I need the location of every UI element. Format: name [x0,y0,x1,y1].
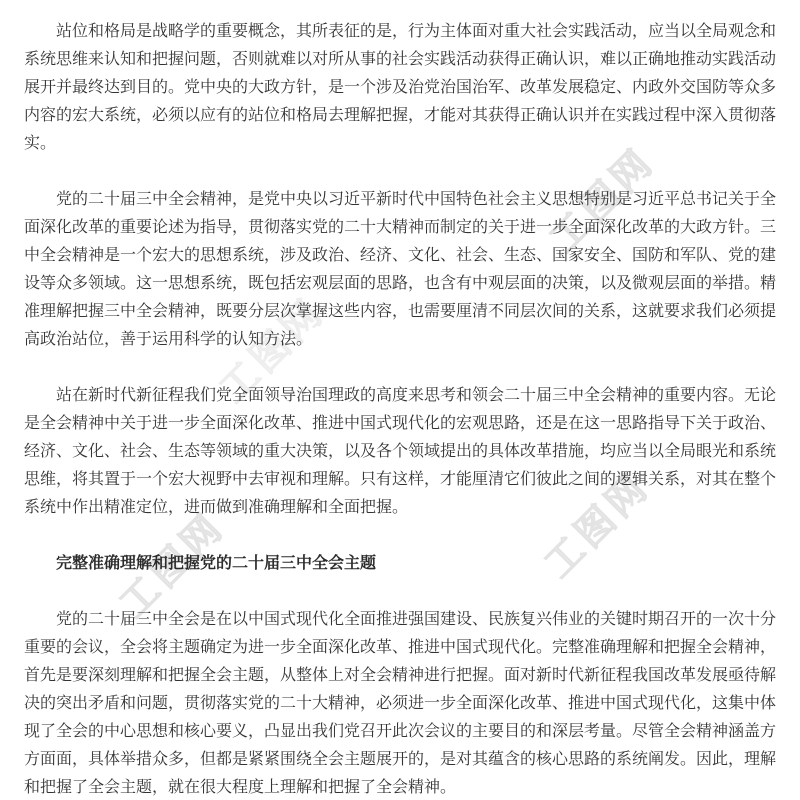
paragraph-new-era-perspective: 站在新时代新征程我们党全面领导治国理政的高度来思考和领会二十届三中全会精神的重要… [24,382,776,522]
document-body: 站位和格局是战略学的重要概念，其所表征的是，行为主体面对重大社会实践活动，应当以… [0,0,800,800]
paragraph-plenum-theme-detail: 党的二十届三中全会是在以中国式现代化全面推进强国建设、民族复兴伟业的关键时期召开… [24,606,776,800]
paragraph-strategic-position: 站位和格局是战略学的重要概念，其所表征的是，行为主体面对重大社会实践活动，应当以… [24,18,776,158]
document-page: 工图网 工图网 工图网 工图网 站位和格局是战略学的重要概念，其所表征的是，行为… [0,0,800,800]
section-heading-plenum-theme: 完整准确理解和把握党的二十届三中全会主题 [24,550,776,578]
paragraph-plenum-spirit-system: 党的二十届三中全会精神，是党中央以习近平新时代中国特色社会主义思想特别是习近平总… [24,186,776,354]
